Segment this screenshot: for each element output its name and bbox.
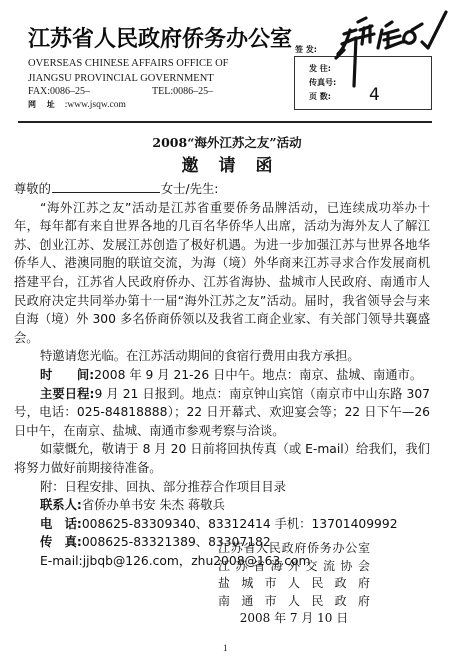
contacts: 联系人:省侨办单书安 朱杰 蒋敬兵 — [14, 496, 430, 515]
event-title: 2008“海外江苏之友”活动 — [0, 133, 454, 151]
website-url: :www.jsqw.com — [65, 100, 126, 110]
time-label: 时 间: — [40, 368, 94, 382]
document-title: 邀请函 — [0, 151, 454, 176]
salutation: 尊敬的女士/先生: — [14, 180, 430, 199]
send-to-label: 发 往: — [309, 63, 331, 74]
salutation-prefix: 尊敬的 — [14, 182, 51, 196]
org-name-en-line2: JIANGSU PROVINCIAL GOVERNMENT — [28, 73, 214, 84]
header-website: 网 址:www.jsqw.com — [28, 99, 126, 110]
phone-label: 电 话: — [40, 517, 82, 531]
event-schedule: 主要日程:9 月 21 日报到。地点：南京钟山宾馆（南京市中山东路 307 号，… — [14, 385, 430, 441]
attachments: 附：日程安排、回执、部分推荐合作项目目录 — [14, 478, 430, 497]
pages-value: 4 — [369, 85, 380, 105]
contacts-label: 联系人: — [40, 498, 82, 512]
time-value: 2008 年 9 月 21-26 日中午。地点：南京、盐城、南通市。 — [94, 368, 422, 382]
header-fax: FAX:0086–25– — [28, 86, 90, 97]
salutation-suffix: 女士/先生: — [161, 182, 218, 196]
recipient-name-blank — [52, 180, 160, 193]
letter-date: 2008 年 7 月 10 日 — [218, 610, 370, 628]
pages-label: 页 数: — [309, 91, 331, 102]
paragraph-rsvp: 如蒙慨允，敬请于 8 月 20 日前将回执传真（或 E-mail）给我们，我们将… — [14, 440, 430, 477]
header-tel: TEL:0086–25– — [152, 86, 213, 97]
phone-value: 008625-83309340、83312414 手机：13701409992 — [82, 517, 398, 531]
event-time: 时 间:2008 年 9 月 21-26 日中午。地点：南京、盐城、南通市。 — [14, 366, 430, 385]
handwritten-signature-icon — [330, 8, 450, 88]
fax-label: 传 真: — [40, 535, 82, 549]
contacts-value: 省侨办单书安 朱杰 蒋敬兵 — [82, 498, 225, 512]
closing-signatories: 江苏省人民政府侨务办公室 江苏省海外交流协会 盐城市人民政府 南通市人民政府 2… — [218, 540, 370, 628]
phone: 电 话:008625-83309340、83312414 手机：13701409… — [14, 515, 430, 534]
page-number: 1 — [223, 643, 228, 653]
org-name-en-line1: OVERSEAS CHINESE AFFAIRS OFFICE OF — [28, 58, 229, 69]
signatory-4: 南通市人民政府 — [218, 593, 370, 611]
letter-body: 尊敬的女士/先生: “海外江苏之友”活动是江苏省重要侨务品牌活动，已连续成功举办… — [14, 180, 430, 570]
paragraph-invitation: 特邀请您光临。在江苏活动期间的食宿行费用由我方承担。 — [14, 347, 430, 366]
header-divider — [18, 121, 432, 123]
email-label: E-mail: — [40, 554, 83, 568]
website-label: 网 址 — [28, 100, 59, 109]
signatory-1: 江苏省人民政府侨务办公室 — [218, 540, 370, 558]
org-name-cn: 江苏省人民政府侨务办公室 — [28, 22, 292, 53]
sign-label: 签 发: — [295, 44, 317, 55]
paragraph-intro: “海外江苏之友”活动是江苏省重要侨务品牌活动，已连续成功举办十年，每年都有来自世… — [14, 199, 430, 348]
signatory-2: 江苏省海外交流协会 — [218, 558, 370, 576]
signatory-3: 盐城市人民政府 — [218, 575, 370, 593]
schedule-label: 主要日程: — [40, 387, 94, 401]
